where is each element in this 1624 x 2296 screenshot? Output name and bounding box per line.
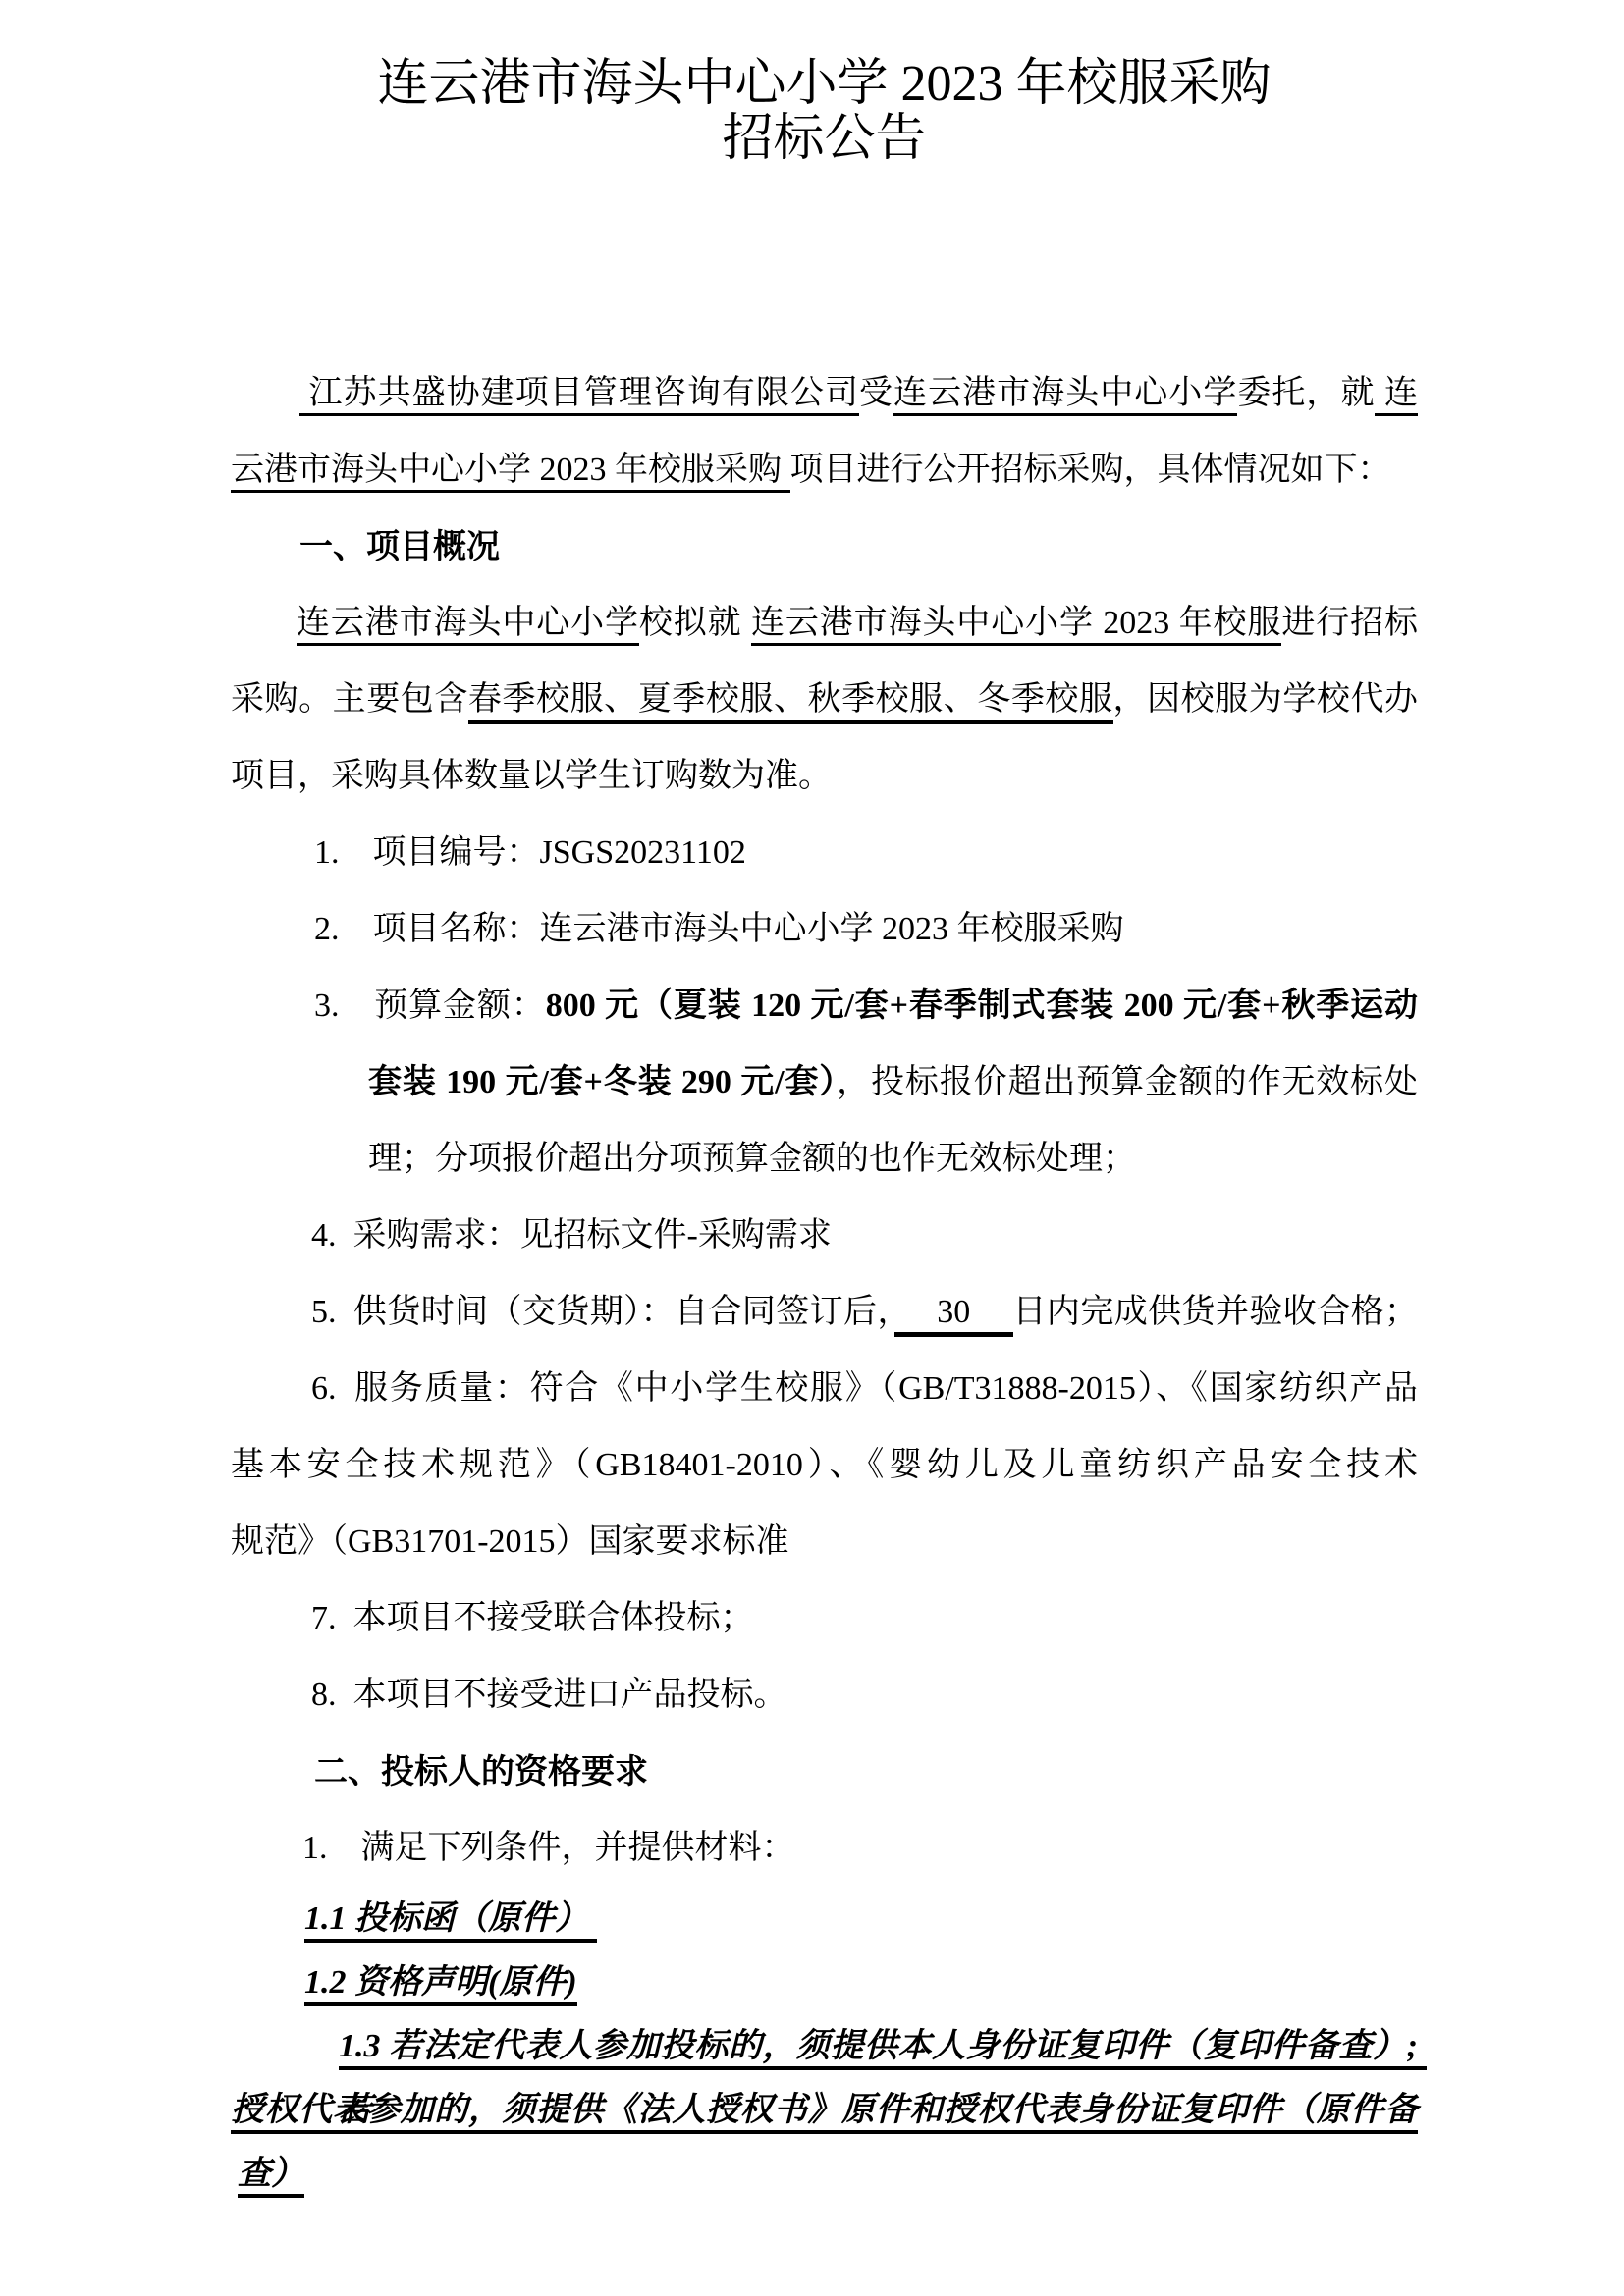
text-segment: 连云港市海头中心小学 2023 年校服 (751, 605, 1281, 646)
text-line: 采购。主要包含春季校服、夏季校服、秋季校服、冬季校服，因校服为学校代办 (231, 662, 1418, 738)
text-segment: 理；分项报价超出分项预算金额的也作无效标处理； (368, 1141, 1136, 1177)
text-line: 1.3 若法定代表人参加投标的，须提供本人身份证复印件（复印件备查）; 若 (231, 2014, 1418, 2078)
text-line: 1.1 投标函（原件） (231, 1887, 1418, 1950)
text-segment: 2. 项目名称：连云港市海头中心小学 2023 年校服采购 (314, 911, 1124, 947)
text-line: 一、项目概况 (231, 508, 1418, 585)
text-line: 规范》（GB31701-2015）国家要求标准 (231, 1504, 1418, 1580)
title-line-2: 招标公告 (231, 112, 1418, 167)
text-line: 查） (231, 2142, 1418, 2206)
text-segment: 800 元（夏装 120 元/套+春季制式套装 200 元/套+秋季运动 (546, 988, 1418, 1024)
text-segment: 项目，采购具体数量以学生订购数为准。 (231, 758, 832, 794)
text-line: 7. 本项目不接受联合体投标； (231, 1580, 1418, 1657)
text-segment: 6. 服务质量：符合《中小学生校服》（GB/T31888-2015）、《国家纺织… (311, 1370, 1418, 1407)
text-segment: 1.1 投标函（原件） (304, 1900, 597, 1943)
text-segment: 4. 采购需求：见招标文件-采购需求 (311, 1217, 832, 1254)
text-line: 1. 满足下列条件，并提供材料： (231, 1810, 1418, 1887)
text-segment: 连云港市海头中心小学 (893, 375, 1237, 416)
text-line: 套装 190 元/套+冬装 290 元/套），投标报价超出预算金额的作无效标处 (231, 1044, 1418, 1121)
text-line: 3. 预算金额：800 元（夏装 120 元/套+春季制式套装 200 元/套+… (231, 968, 1418, 1044)
text-segment: 3. 预算金额： (314, 988, 546, 1024)
text-line: 4. 采购需求：见招标文件-采购需求 (231, 1198, 1418, 1274)
text-segment: 1. 满足下列条件，并提供材料： (302, 1830, 795, 1866)
text-line: 2. 项目名称：连云港市海头中心小学 2023 年校服采购 (231, 891, 1418, 968)
text-segment: 规范》（GB31701-2015）国家要求标准 (231, 1523, 789, 1560)
text-segment: 1. 项目编号：JSGS20231102 (314, 834, 746, 871)
text-line: 基本安全技术规范》（GB18401-2010）、《婴幼儿及儿童纺织产品安全技术 (231, 1427, 1418, 1504)
text-segment: 委托，就 (1237, 375, 1375, 411)
text-segment: 授权代表参加的，须提供《法人授权书》原件和授权代表身份证复印件（原件备 (231, 2092, 1418, 2134)
text-segment: 30 (894, 1294, 1013, 1337)
text-segment: 云港市海头中心小学 2023 年校服采购 (231, 452, 790, 493)
text-segment: 日内完成供货并验收合格； (1013, 1294, 1419, 1330)
text-segment: 连云港市海头中心小学 (297, 605, 639, 646)
text-segment: 校拟就 (639, 605, 751, 641)
text-segment: ，因校服为学校代办 (1113, 681, 1418, 718)
text-line: 连云港市海头中心小学校拟就 连云港市海头中心小学 2023 年校服进行招标 (231, 585, 1418, 662)
document-body: 江苏共盛协建项目管理咨询有限公司受连云港市海头中心小学委托，就 连云港市海头中心… (231, 355, 1418, 2206)
text-line: 江苏共盛协建项目管理咨询有限公司受连云港市海头中心小学委托，就 连 (231, 355, 1418, 432)
text-line: 项目，采购具体数量以学生订购数为准。 (231, 738, 1418, 815)
text-segment: 连 (1375, 375, 1418, 416)
title-line-1: 连云港市海头中心小学 2023 年校服采购 (231, 57, 1418, 112)
text-segment: 项目进行公开招标采购，具体情况如下： (790, 452, 1391, 488)
text-segment: 查） (238, 2156, 304, 2198)
text-line: 云港市海头中心小学 2023 年校服采购 项目进行公开招标采购，具体情况如下： (231, 432, 1418, 508)
text-segment: 7. 本项目不接受联合体投标； (311, 1600, 754, 1636)
text-line: 二、投标人的资格要求 (231, 1734, 1418, 1810)
text-line: 1. 项目编号：JSGS20231102 (231, 815, 1418, 891)
text-segment: 基本安全技术规范》（GB18401-2010）、《婴幼儿及儿童纺织产品安全技术 (231, 1447, 1418, 1483)
document-page: 连云港市海头中心小学 2023 年校服采购 招标公告 江苏共盛协建项目管理咨询有… (0, 0, 1624, 2296)
section-heading: 一、项目概况 (299, 528, 500, 565)
text-line: 1.2 资格声明(原件) (231, 1950, 1418, 2014)
text-segment: 采购。主要包含 (231, 681, 468, 718)
text-line: 授权代表参加的，须提供《法人授权书》原件和授权代表身份证复印件（原件备 (231, 2078, 1418, 2142)
text-segment: 5. 供货时间（交货期）：自合同签订后， (311, 1294, 894, 1330)
text-segment: 1.2 资格声明(原件) (304, 1964, 577, 2006)
section-heading: 二、投标人的资格要求 (314, 1753, 648, 1790)
text-segment: 进行招标 (1281, 605, 1418, 641)
text-line: 理；分项报价超出分项预算金额的也作无效标处理； (231, 1121, 1418, 1198)
text-segment: 春季校服、夏季校服、秋季校服、冬季校服 (468, 681, 1113, 724)
text-segment: 受 (859, 375, 893, 411)
text-line: 5. 供货时间（交货期）：自合同签订后， 30 日内完成供货并验收合格； (231, 1274, 1418, 1351)
text-segment: 8. 本项目不接受进口产品投标。 (311, 1677, 787, 1713)
text-segment: 套装 190 元/套+冬装 290 元/套） (368, 1064, 837, 1100)
text-segment: 江苏共盛协建项目管理咨询有限公司 (299, 375, 859, 416)
text-segment: ，投标报价超出预算金额的作无效标处 (837, 1064, 1418, 1100)
text-line: 6. 服务质量：符合《中小学生校服》（GB/T31888-2015）、《国家纺织… (231, 1351, 1418, 1427)
document-title: 连云港市海头中心小学 2023 年校服采购 招标公告 (231, 57, 1418, 167)
text-line: 8. 本项目不接受进口产品投标。 (231, 1657, 1418, 1734)
